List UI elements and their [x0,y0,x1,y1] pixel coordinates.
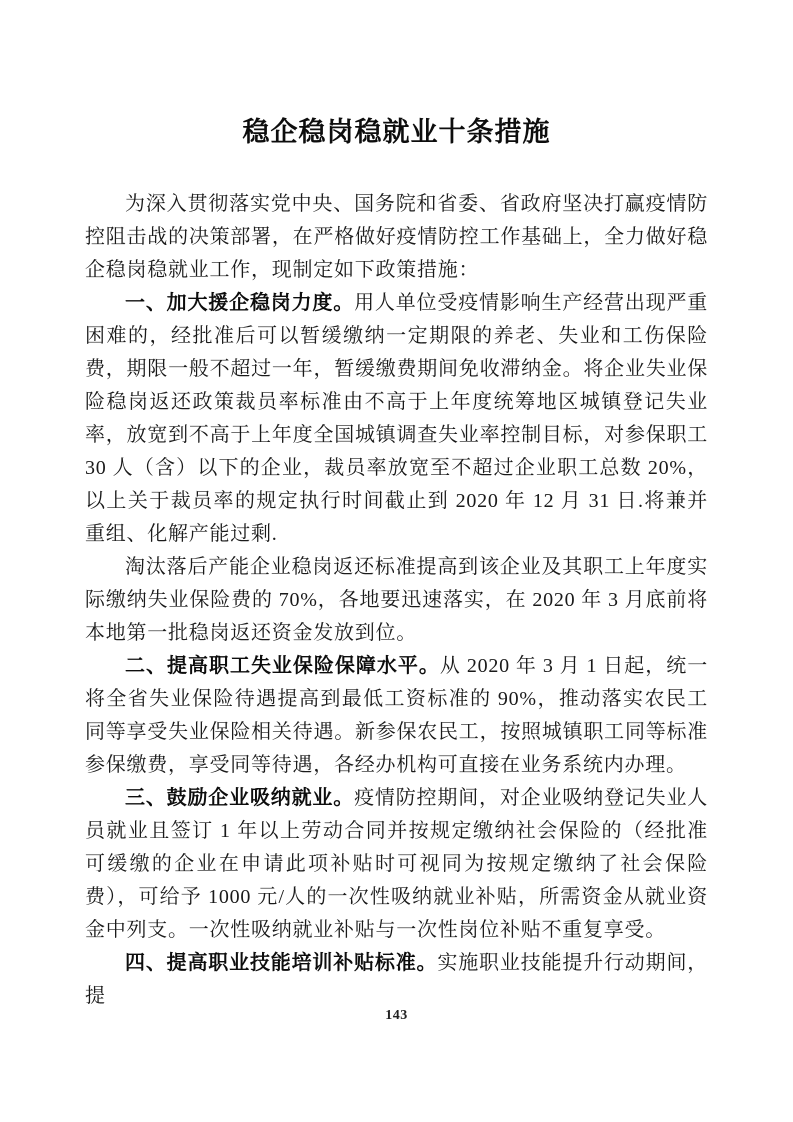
document-title: 稳企稳岗稳就业十条措施 [0,110,793,149]
document-page: 稳企稳岗稳就业十条措施 为深入贯彻落实党中央、国务院和省委、省政府坚决打赢疫情防… [0,0,793,1122]
section-heading: 四、提高职业技能培训补贴标准。 [125,952,437,974]
section-heading: 二、提高职工失业保险保障水平。 [125,655,440,677]
body-paragraph: 一、加大援企稳岗力度。用人单位受疫情影响生产经营出现严重困难的，经批准后可以暂缓… [85,287,708,551]
body-paragraph: 为深入贯彻落实党中央、国务院和省委、省政府坚决打赢疫情防控阻击战的决策部署，在严… [85,188,708,287]
body-paragraph: 二、提高职工失业保险保障水平。从 2020 年 3 月 1 日起，统一将全省失业… [85,650,708,782]
section-heading: 一、加大援企稳岗力度。 [125,292,354,314]
body-paragraph: 淘汰落后产能企业稳岗返还标准提高到该企业及其职工上年度实际缴纳失业保险费的 70… [85,551,708,650]
page-number: 143 [0,1008,793,1024]
paragraph-text: 淘汰落后产能企业稳岗返还标准提高到该企业及其职工上年度实际缴纳失业保险费的 70… [85,556,708,644]
section-heading: 三、鼓励企业吸纳就业。 [125,787,354,809]
body-paragraph: 四、提高职业技能培训补贴标准。实施职业技能提升行动期间，提 [85,947,708,1013]
paragraph-text: 用人单位受疫情影响生产经营出现严重困难的，经批准后可以暂缓缴纳一定期限的养老、失… [85,292,708,545]
paragraph-text: 疫情防控期间，对企业吸纳登记失业人员就业且签订 1 年以上劳动合同并按规定缴纳社… [85,787,708,941]
document-body: 为深入贯彻落实党中央、国务院和省委、省政府坚决打赢疫情防控阻击战的决策部署，在严… [85,188,708,1013]
body-paragraph: 三、鼓励企业吸纳就业。疫情防控期间，对企业吸纳登记失业人员就业且签订 1 年以上… [85,782,708,947]
paragraph-text: 为深入贯彻落实党中央、国务院和省委、省政府坚决打赢疫情防控阻击战的决策部署，在严… [85,193,708,281]
